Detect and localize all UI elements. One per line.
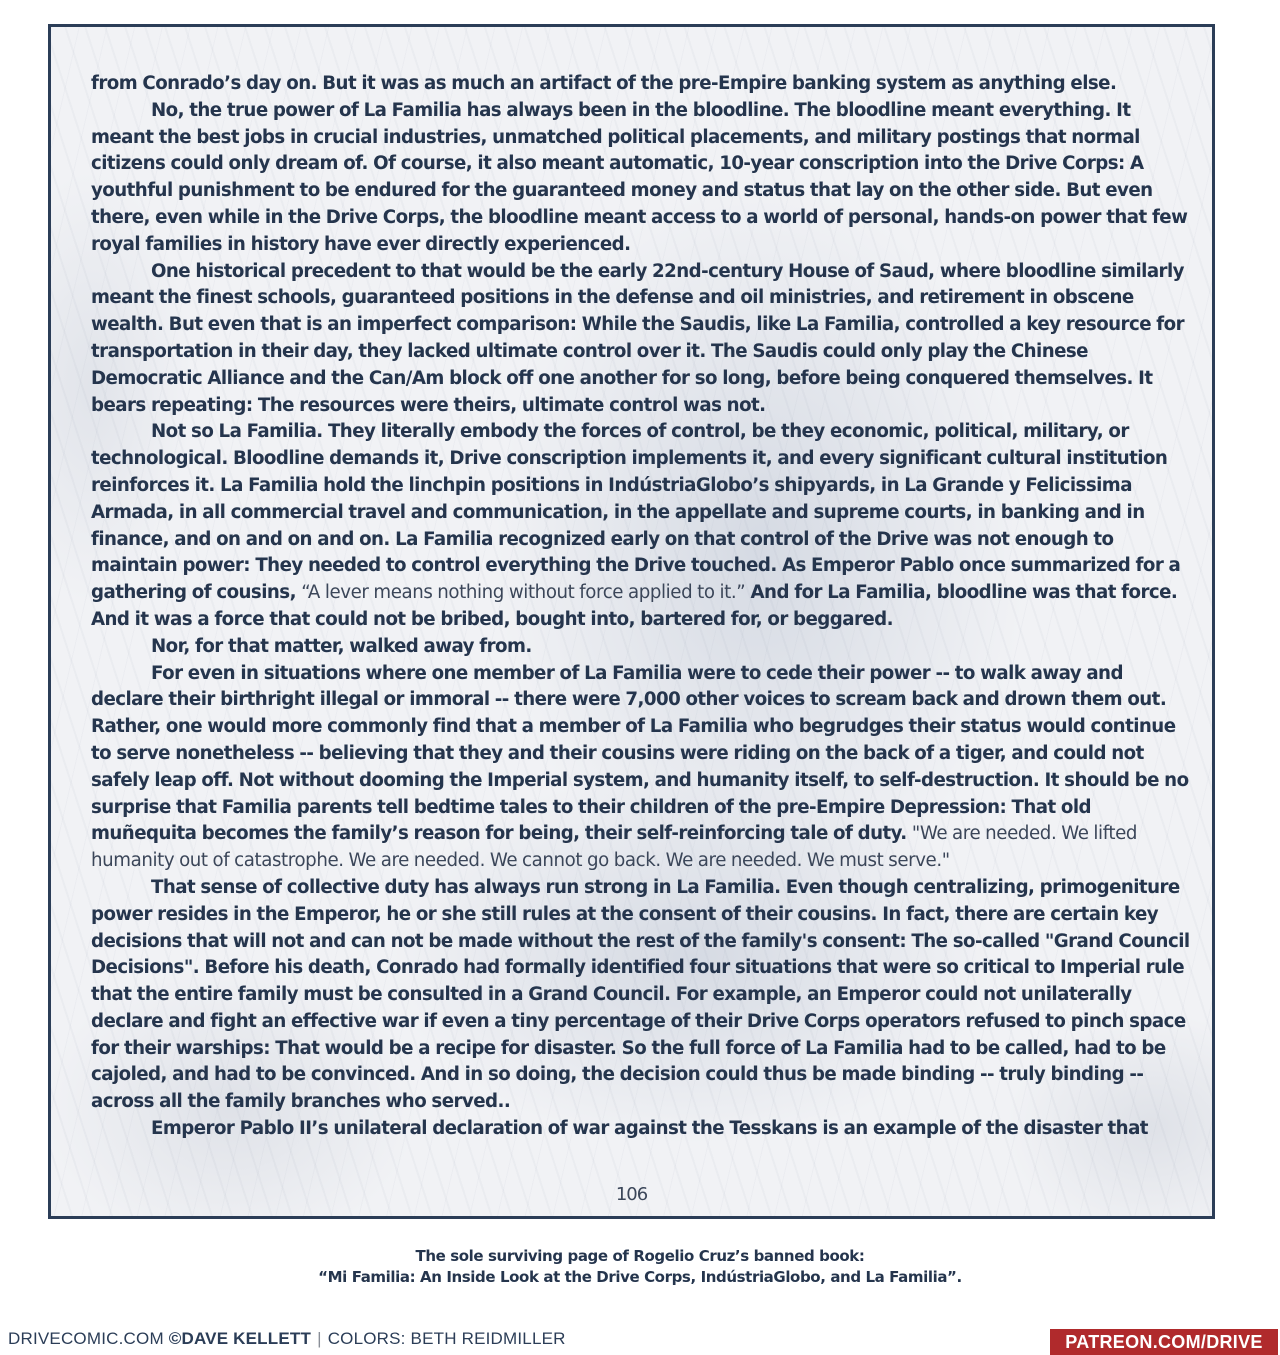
caption: The sole surviving page of Rogelio Cruz’…: [0, 1246, 1280, 1288]
page-number: 106: [51, 1184, 1212, 1205]
paragraph-text: That sense of collective duty has always…: [91, 877, 1190, 1112]
book-body-text: from Conrado’s day on. But it was as muc…: [91, 71, 1191, 1143]
paragraph-text: No, the true power of La Familia has alw…: [91, 100, 1187, 255]
separator: |: [317, 1329, 322, 1348]
copyright: ©DAVE KELLETT: [169, 1329, 311, 1348]
pablo-quote: “A lever means nothing without force app…: [301, 582, 745, 603]
paragraph-text: from Conrado’s day on. But it was as muc…: [91, 73, 1116, 94]
paragraph-text: Emperor Pablo II’s unilateral declaratio…: [151, 1118, 1148, 1139]
paragraph-6: For even in situations where one member …: [91, 661, 1191, 875]
paragraph-3: One historical precedent to that would b…: [91, 259, 1191, 420]
book-page: from Conrado’s day on. But it was as muc…: [48, 24, 1215, 1219]
site-link[interactable]: DRIVECOMIC.COM: [8, 1329, 164, 1348]
patreon-link[interactable]: PATREON.COM/DRIVE: [1050, 1329, 1278, 1355]
caption-line-2: “Mi Familia: An Inside Look at the Drive…: [0, 1267, 1280, 1288]
paragraph-text: Not so La Familia. They literally embody…: [91, 421, 1180, 603]
paragraph-text: For even in situations where one member …: [91, 663, 1189, 845]
colors-credit: COLORS: BETH REIDMILLER: [328, 1329, 566, 1348]
paragraph-5: Nor, for that matter, walked away from.: [91, 634, 1191, 661]
paragraph-8: Emperor Pablo II’s unilateral declaratio…: [91, 1116, 1191, 1143]
paragraph-2: No, the true power of La Familia has alw…: [91, 98, 1191, 259]
paragraph-4: Not so La Familia. They literally embody…: [91, 419, 1191, 633]
paragraph-text: One historical precedent to that would b…: [91, 261, 1184, 416]
caption-line-1: The sole surviving page of Rogelio Cruz’…: [0, 1246, 1280, 1267]
paragraph-7: That sense of collective duty has always…: [91, 875, 1191, 1116]
footer-credits: DRIVECOMIC.COM ©DAVE KELLETT|COLORS: BET…: [8, 1329, 566, 1349]
paragraph-text: Nor, for that matter, walked away from.: [151, 636, 532, 657]
paragraph-1: from Conrado’s day on. But it was as muc…: [91, 71, 1191, 98]
